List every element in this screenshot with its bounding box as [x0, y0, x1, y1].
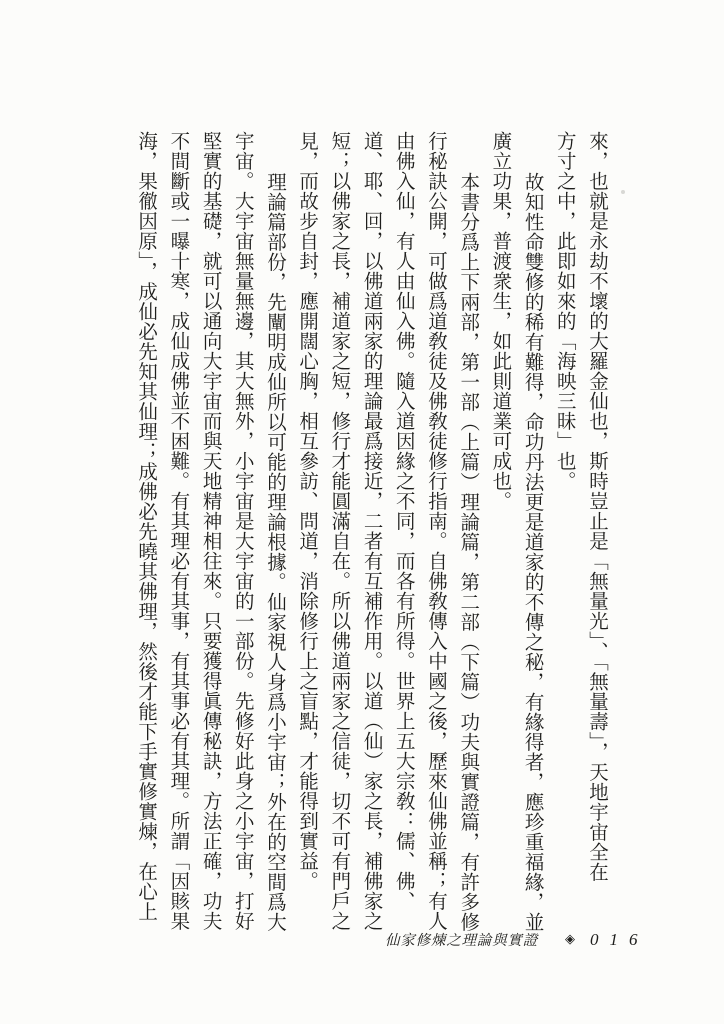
text-column: 宇宙。大宇宙無量無邊，其大無外，小宇宙是大宇宙的一部份。先修好此身之小宇宙，打好 [226, 131, 258, 933]
text-column: 來，也就是永劫不壞的大羅金仙也，斯時豈止是「無量光」、「無量壽」，天地宇宙全在 [580, 131, 612, 933]
page-number: 016 [590, 930, 649, 950]
text-column: 堅實的基礎，就可以通向大宇宙而與天地精神相往來。只要獲得眞傳秘訣，方法正確，功夫 [193, 131, 225, 933]
text-column: 短；以佛家之長，補道家之短，修行才能圓滿自在。所以佛道兩家之信徒，切不可有門戶之 [322, 131, 354, 933]
text-column: 由佛入仙，有人由仙入佛。隨入道因緣之不同，而各有所得。世界上五大宗敎：儒、佛、 [387, 131, 419, 933]
scanned-book-page: { "page": { "columns": [ { "text": "來，也就… [0, 0, 724, 1024]
running-title: 仙家修煉之理論與實證 [385, 929, 538, 950]
text-column: 故知性命雙修的稀有難得，命功丹法更是道家的不傳之秘，有緣得者，應珍重福緣，並 [515, 131, 547, 933]
text-column: 行秘訣公開，可做爲道敎徒及佛敎徒修行指南。自佛敎傳入中國之後，歷來仙佛並稱；有人 [419, 131, 451, 933]
text-block: 來，也就是永劫不壞的大羅金仙也，斯時豈止是「無量光」、「無量壽」，天地宇宙全在方… [129, 131, 612, 933]
page-footer: 仙家修煉之理論與實證 ◈ 016 [385, 929, 649, 950]
text-column: 方寸之中，此即如來的「海映三昧」也。 [548, 131, 580, 933]
text-column: 理論篇部份，先闡明成仙所以可能的理論根據。仙家視人身爲小宇宙；外在的空間爲大 [258, 131, 290, 933]
text-column: 本書分爲上下兩部，第一部（上篇）理論篇，第二部（下篇）功夫與實證篇，有許多修 [451, 131, 483, 933]
diamond-icon: ◈ [565, 932, 575, 945]
text-column: 不間斷或一曝十寒，成仙成佛並不困難。有其理必有其事，有其事必有其理。所謂「因賅果 [161, 131, 193, 933]
text-column: 廣立功果，普渡衆生，如此則道業可成也。 [483, 131, 515, 933]
text-column: 道、耶、回，以佛道兩家的理論最爲接近，二者有互補作用。以道（仙）家之長，補佛家之 [354, 131, 386, 933]
text-column: 見，而故步自封，應開闊心胸，相互參訪、問道，消除修行上之盲點，才能得到實益。 [290, 131, 322, 933]
scan-speck [621, 190, 625, 194]
text-column: 海，果徹因原」，成仙必先知其仙理；成佛必先曉其佛理，然後才能下手實修實煉，在心上 [129, 131, 161, 933]
scan-speck [305, 716, 307, 718]
